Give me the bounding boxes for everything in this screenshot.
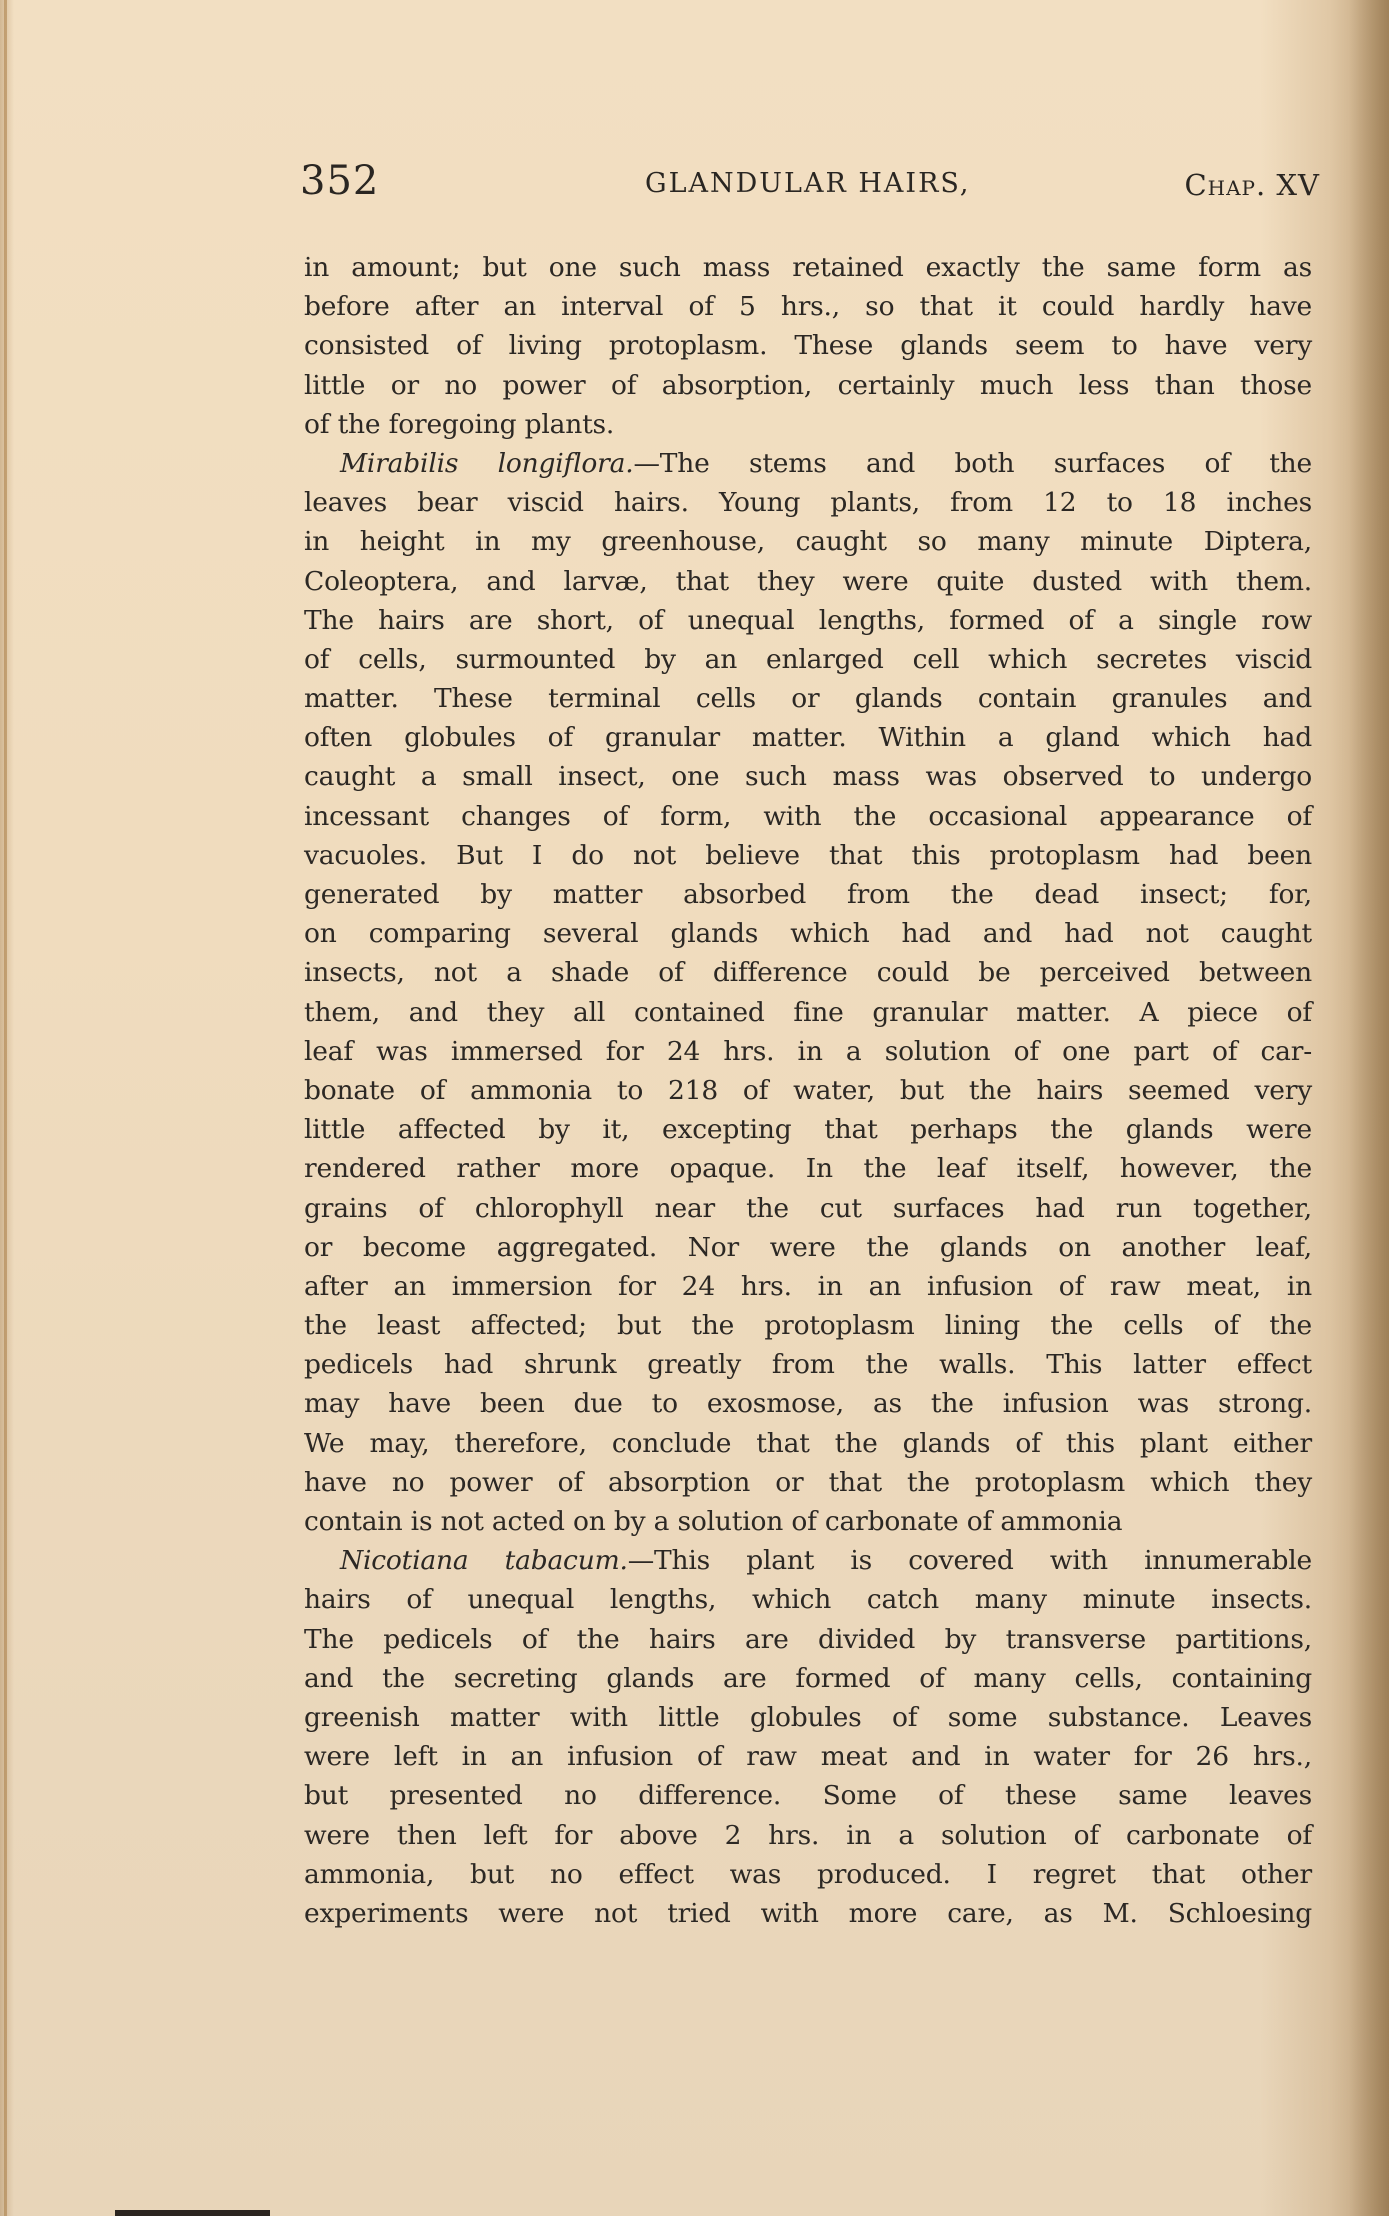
paragraph-nicotiana: Nicotiana tabacum.—This plant is covered…	[304, 1541, 1312, 1933]
text-line: little or no power of absorption, certai…	[304, 366, 1312, 405]
page-left-edge	[4, 0, 7, 2216]
species-name: Mirabilis longiflora.	[340, 448, 633, 479]
text-line: caught a small insect, one such mass was…	[304, 757, 1312, 796]
text-line: The pedicels of the hairs are divided by…	[304, 1620, 1312, 1659]
page-gutter-shadow	[1349, 0, 1389, 2216]
text-line: on comparing several glands which had an…	[304, 914, 1312, 953]
text-line: consisted of living protoplasm. These gl…	[304, 326, 1312, 365]
text-line: The hairs are short, of unequal lengths,…	[304, 601, 1312, 640]
paragraph-continuation: in amount; but one such mass retained ex…	[304, 248, 1312, 444]
text-line: incessant changes of form, with the occa…	[304, 797, 1312, 836]
scanned-book-page: 352 GLANDULAR HAIRS, Chap. XV in amount;…	[0, 0, 1389, 2216]
text-line: We may, therefore, conclude that the gla…	[304, 1424, 1312, 1463]
text-line: in height in my greenhouse, caught so ma…	[304, 522, 1312, 561]
text-line: of cells, surmounted by an enlarged cell…	[304, 640, 1312, 679]
text-line: hairs of unequal lengths, which catch ma…	[304, 1580, 1312, 1619]
text-line: vacuoles. But I do not believe that this…	[304, 836, 1312, 875]
text-line: or become aggregated. Nor were the gland…	[304, 1228, 1312, 1267]
text-line: matter. These terminal cells or glands c…	[304, 679, 1312, 718]
text-line: but presented no difference. Some of the…	[304, 1776, 1312, 1815]
chapter-reference: Chap. XV	[1184, 168, 1320, 202]
text-line: in amount; but one such mass retained ex…	[304, 248, 1312, 287]
text-line: often globules of granular matter. Withi…	[304, 718, 1312, 757]
text-line: experiments were not tried with more car…	[304, 1894, 1312, 1933]
text-line: them, and they all contained fine granul…	[304, 993, 1312, 1032]
text-line: greenish matter with little globules of …	[304, 1698, 1312, 1737]
text-line: have no power of absorption or that the …	[304, 1463, 1312, 1502]
text-line: the least affected; but the protoplasm l…	[304, 1306, 1312, 1345]
text-run: —The stems and both surfaces of the	[633, 448, 1312, 479]
running-title: GLANDULAR HAIRS,	[645, 168, 971, 199]
text-line: leaves bear viscid hairs. Young plants, …	[304, 483, 1312, 522]
text-line: after an immersion for 24 hrs. in an inf…	[304, 1267, 1312, 1306]
text-line: Coleoptera, and larvæ, that they were qu…	[304, 562, 1312, 601]
text-line: and the secreting glands are formed of m…	[304, 1659, 1312, 1698]
text-line: little affected by it, excepting that pe…	[304, 1110, 1312, 1149]
text-line: ammonia, but no effect was produced. I r…	[304, 1855, 1312, 1894]
text-line: may have been due to exosmose, as the in…	[304, 1384, 1312, 1423]
text-line: bonate of ammonia to 218 of water, but t…	[304, 1071, 1312, 1110]
page-number: 352	[300, 158, 379, 204]
paragraph-mirabilis: Mirabilis longiflora.—The stems and both…	[304, 444, 1312, 1541]
text-line: contain is not acted on by a solution of…	[304, 1502, 1312, 1541]
scan-edge-mark	[115, 2210, 270, 2216]
text-line: grains of chlorophyll near the cut surfa…	[304, 1189, 1312, 1228]
species-name: Nicotiana tabacum.	[340, 1545, 628, 1576]
text-line: generated by matter absorbed from the de…	[304, 875, 1312, 914]
text-run: —This plant is covered with innumerable	[628, 1545, 1312, 1576]
text-line: were left in an infusion of raw meat and…	[304, 1737, 1312, 1776]
paragraph-first-line: Nicotiana tabacum.—This plant is covered…	[304, 1541, 1312, 1580]
text-line: before after an interval of 5 hrs., so t…	[304, 287, 1312, 326]
running-head: 352 GLANDULAR HAIRS, Chap. XV	[300, 158, 1320, 208]
text-line: pedicels had shrunk greatly from the wal…	[304, 1345, 1312, 1384]
paragraph-first-line: Mirabilis longiflora.—The stems and both…	[304, 444, 1312, 483]
text-line: insects, not a shade of difference could…	[304, 953, 1312, 992]
text-line: leaf was immersed for 24 hrs. in a solut…	[304, 1032, 1312, 1071]
body-text: in amount; but one such mass retained ex…	[304, 248, 1312, 1933]
text-line: of the foregoing plants.	[304, 405, 1312, 444]
text-line: rendered rather more opaque. In the leaf…	[304, 1149, 1312, 1188]
text-line: were then left for above 2 hrs. in a sol…	[304, 1816, 1312, 1855]
